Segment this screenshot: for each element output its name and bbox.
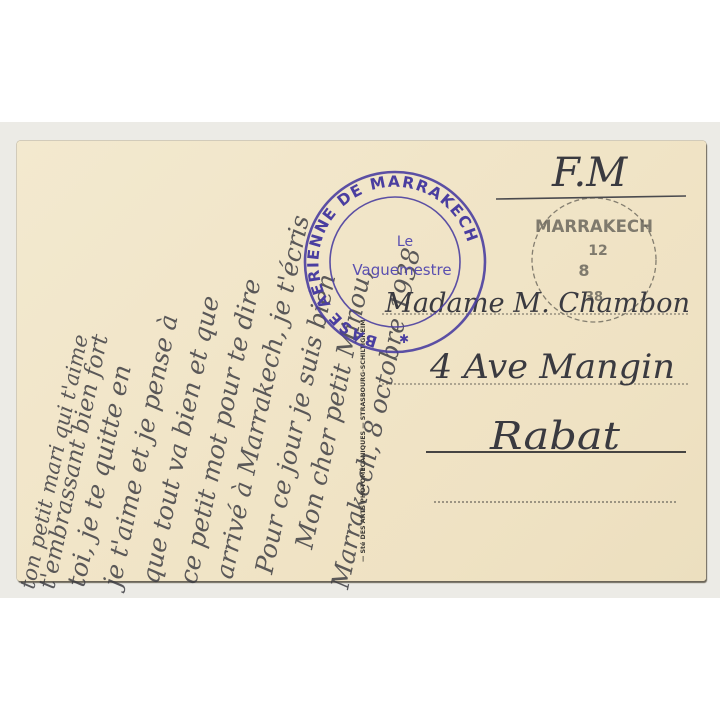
postmark-month: 8 (578, 261, 589, 280)
printer-credit: — Sté DES ARTS PHOTOMÉCANIQUES — STRASBO… (358, 320, 367, 562)
postcard-markings: Marrakech, 8 octobre 1938 Mon cher petit… (0, 0, 720, 720)
cachet-center-line1: Le (397, 234, 413, 250)
postmark-day: 12 (588, 243, 607, 259)
cachet-ornament-icon: ✱ (399, 332, 409, 346)
address-city: Rabat (489, 414, 621, 458)
cachet-center-line2: Vaguemestre (352, 261, 451, 279)
address-street: 4 Ave Mangin (429, 347, 675, 387)
franchise-militaire-marking: F.M (551, 150, 628, 196)
postmark-town: MARRAKECH (535, 217, 653, 237)
address-recipient: Madame M. Chambon (384, 288, 690, 319)
